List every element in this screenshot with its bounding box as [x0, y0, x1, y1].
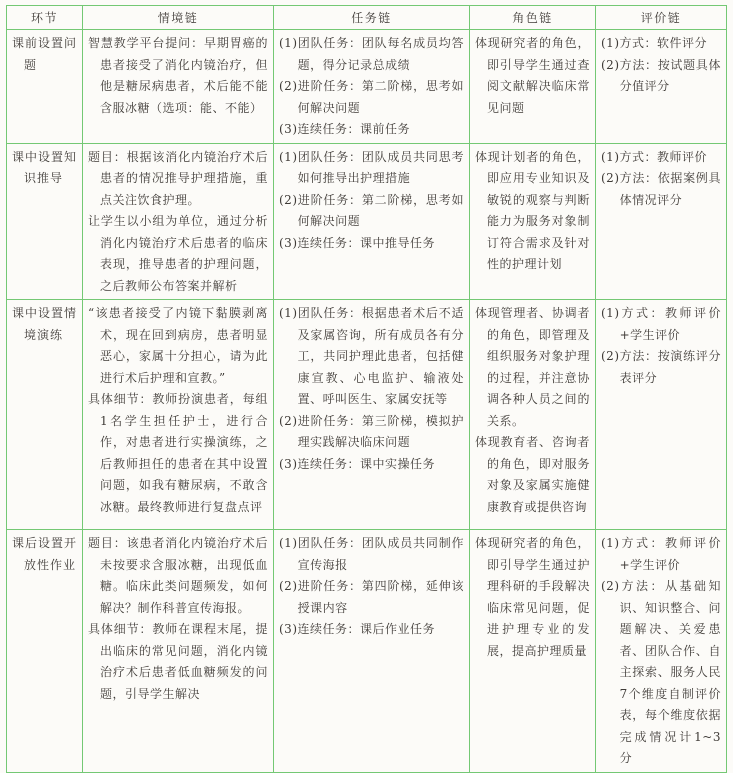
role-paragraph: 体现计划者的角色，即应用专业知识及敏锐的观察与判断能力为服务对象制订符合需求及针… — [475, 147, 590, 276]
stage-cell: 课中设置情境演练 — [7, 300, 83, 530]
role-cell: 体现研究者的角色，即引导学生通过护理科研的手段解决临床常见问题，促进护理专业的发… — [470, 530, 596, 711]
teaching-design-table-wrapper: 环节 情境链 任务链 角色链 评价链 课前设置问题 智慧教学平台提问：早期胃癌的… — [6, 5, 727, 710]
evaluation-cell: (1)方式：软件评分 (2)方法：按试题具体分值评分 — [596, 30, 727, 144]
task-item: (2)进阶任务：第二阶梯，思考如何解决问题 — [279, 190, 464, 233]
role-paragraph: 体现研究者的角色，即引导学生通过查阅文献解决临床常见问题 — [475, 33, 590, 119]
role-paragraph: 体现管理者、协调者的角色，即管理及组织服务对象护理的过程，并注意协调各种人员之间… — [475, 303, 590, 432]
situation-paragraph: 题目：根据该消化内镜治疗术后患者的情况推导护理措施，重点关注饮食护理。 — [88, 147, 268, 212]
situation-paragraph: 让学生以小组为单位，通过分析消化内镜治疗术后患者的临床表现，推导患者的护理问题，… — [88, 211, 268, 297]
task-item: (2)进阶任务：第二阶梯，思考如何解决问题 — [279, 76, 464, 119]
situation-cell: 题目：根据该消化内镜治疗术后患者的情况推导护理措施，重点关注饮食护理。 让学生以… — [83, 143, 274, 300]
column-header-stage: 环节 — [7, 6, 83, 30]
table-row: 课前设置问题 智慧教学平台提问：早期胃癌的患者接受了消化内镜治疗，但他是糖尿病患… — [7, 30, 727, 144]
header-row: 环节 情境链 任务链 角色链 评价链 — [7, 6, 727, 30]
task-cell: (1)团队任务：根据患者术后不适及家属咨询，所有成员各有分工，共同护理此患者，包… — [274, 300, 470, 530]
evaluation-item: (1)方式：教师评价+学生评价 — [601, 303, 721, 346]
task-item: (1)团队任务：团队每名成员均答题，得分记录总成绩 — [279, 33, 464, 76]
table-row: 课后设置开放性作业 题目：该患者消化内镜治疗术后未按要求含服冰糖，出现低血糖。临… — [7, 530, 727, 711]
evaluation-item: (1)方式：软件评分 — [601, 33, 721, 55]
evaluation-cell: (1)方式：教师评价+学生评价 (2)方法：按演练评分表评分 — [596, 300, 727, 530]
role-cell: 体现计划者的角色，即应用专业知识及敏锐的观察与判断能力为服务对象制订符合需求及针… — [470, 143, 596, 300]
column-header-situation-chain: 情境链 — [83, 6, 274, 30]
stage-cell: 课中设置知识推导 — [7, 143, 83, 300]
situation-paragraph: 具体细节：教师在课程末尾，提出临床的常见问题，消化内镜治疗术后患者低血糖频发的问… — [88, 619, 268, 705]
situation-cell: 题目：该患者消化内镜治疗术后未按要求含服冰糖，出现低血糖。临床此类问题频发，如何… — [83, 530, 274, 711]
evaluation-item: (2)方法：从基础知识、知识整合、问题解决、关爱患者、团队合作、自主探索、服务人… — [601, 576, 721, 710]
task-item: (3)连续任务：课中实操任务 — [279, 454, 464, 476]
table-row: 课中设置知识推导 题目：根据该消化内镜治疗术后患者的情况推导护理措施，重点关注饮… — [7, 143, 727, 300]
evaluation-cell: (1)方式：教师评价+学生评价 (2)方法：从基础知识、知识整合、问题解决、关爱… — [596, 530, 727, 711]
situation-cell: 智慧教学平台提问：早期胃癌的患者接受了消化内镜治疗，但他是糖尿病患者，术后能不能… — [83, 30, 274, 144]
task-item: (1)团队任务：根据患者术后不适及家属咨询，所有成员各有分工，共同护理此患者，包… — [279, 303, 464, 411]
column-header-task-chain: 任务链 — [274, 6, 470, 30]
role-cell: 体现研究者的角色，即引导学生通过查阅文献解决临床常见问题 — [470, 30, 596, 144]
evaluation-item: (2)方法：按试题具体分值评分 — [601, 55, 721, 98]
role-paragraph: 体现教育者、咨询者的角色，即对服务对象及家属实施健康教育或提供咨询 — [475, 432, 590, 518]
situation-paragraph: 具体细节：教师扮演患者，每组1名学生担任护士，进行合作，对患者进行实操演练，之后… — [88, 389, 268, 518]
situation-paragraph: 题目：该患者消化内镜治疗术后未按要求含服冰糖，出现低血糖。临床此类问题频发，如何… — [88, 533, 268, 619]
evaluation-cell: (1)方式：教师评价 (2)方法：依据案例具体情况评分 — [596, 143, 727, 300]
task-item: (2)进阶任务：第三阶梯，模拟护理实践解决临床问题 — [279, 411, 464, 454]
situation-cell: “该患者接受了内镜下黏膜剥离术，现在回到病房，患者明显恶心，家属十分担心，请为此… — [83, 300, 274, 530]
task-item: (3)连续任务：课后作业任务 — [279, 619, 464, 641]
evaluation-item: (2)方法：依据案例具体情况评分 — [601, 168, 721, 211]
task-item: (1)团队任务：团队成员共同制作宣传海报 — [279, 533, 464, 576]
role-paragraph: 体现研究者的角色，即引导学生通过护理科研的手段解决临床常见问题，促进护理专业的发… — [475, 533, 590, 662]
table-row: 课中设置情境演练 “该患者接受了内镜下黏膜剥离术，现在回到病房，患者明显恶心，家… — [7, 300, 727, 530]
task-item: (1)团队任务：团队成员共同思考如何推导出护理措施 — [279, 147, 464, 190]
situation-paragraph: 智慧教学平台提问：早期胃癌的患者接受了消化内镜治疗，但他是糖尿病患者，术后能不能… — [88, 33, 268, 119]
task-cell: (1)团队任务：团队成员共同制作宣传海报 (2)进阶任务：第四阶梯，延伸该授课内… — [274, 530, 470, 711]
task-cell: (1)团队任务：团队成员共同思考如何推导出护理措施 (2)进阶任务：第二阶梯，思… — [274, 143, 470, 300]
stage-cell: 课后设置开放性作业 — [7, 530, 83, 711]
stage-cell: 课前设置问题 — [7, 30, 83, 144]
stage-label: 课中设置知识推导 — [12, 147, 77, 190]
task-cell: (1)团队任务：团队每名成员均答题，得分记录总成绩 (2)进阶任务：第二阶梯，思… — [274, 30, 470, 144]
stage-label: 课中设置情境演练 — [12, 303, 77, 346]
teaching-design-table: 环节 情境链 任务链 角色链 评价链 课前设置问题 智慧教学平台提问：早期胃癌的… — [6, 5, 727, 710]
task-item: (3)连续任务：课中推导任务 — [279, 233, 464, 255]
role-cell: 体现管理者、协调者的角色，即管理及组织服务对象护理的过程，并注意协调各种人员之间… — [470, 300, 596, 530]
evaluation-item: (2)方法：按演练评分表评分 — [601, 346, 721, 389]
stage-label: 课后设置开放性作业 — [12, 533, 77, 576]
stage-label: 课前设置问题 — [12, 33, 77, 76]
task-item: (3)连续任务：课前任务 — [279, 119, 464, 141]
situation-paragraph: “该患者接受了内镜下黏膜剥离术，现在回到病房，患者明显恶心，家属十分担心，请为此… — [88, 303, 268, 389]
evaluation-item: (1)方式：教师评价 — [601, 147, 721, 169]
task-item: (2)进阶任务：第四阶梯，延伸该授课内容 — [279, 576, 464, 619]
column-header-role-chain: 角色链 — [470, 6, 596, 30]
evaluation-item: (1)方式：教师评价+学生评价 — [601, 533, 721, 576]
column-header-evaluation-chain: 评价链 — [596, 6, 727, 30]
